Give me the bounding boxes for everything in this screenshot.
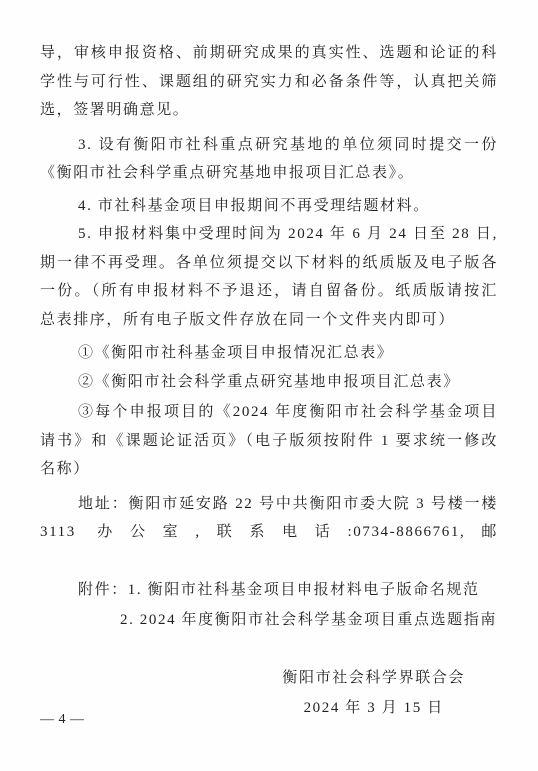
document-body: 导，审核申报资格、前期研究成果的真实性、选题和论证的科 学性与可行性、课题组的研… [40, 39, 498, 723]
body-line: ③每个申报项目的《2024 年度衡阳市社会科学基金项目申 [40, 398, 498, 427]
body-line: 4. 市社科基金项目申报期间不再受理结题材料。 [40, 192, 498, 221]
body-line: 导，审核申报资格、前期研究成果的真实性、选题和论证的科 [40, 39, 498, 68]
body-line: 地址：衡阳市延安路 22 号中共衡阳市委大院 3 号楼一楼 [40, 490, 498, 519]
signature-block: 衡阳市社会科学界联合会 2024 年 3 月 15 日 [40, 664, 498, 723]
body-line: 《衡阳市社会科学重点研究基地申报项目汇总表》。 [40, 159, 498, 188]
body-line: 总表排序，所有电子版文件存放在同一个文件夹内即可） [40, 306, 498, 335]
body-line: ①《衡阳市社科基金项目申报情况汇总表》 [40, 339, 498, 368]
body-line: 请书》和《课题论证活页》（电子版须按附件 1 要求统一修改 [40, 427, 498, 456]
body-line: 一份。（所有申报材料不予退还，请自留备份。纸质版请按汇 [40, 277, 498, 306]
page-number: — 4 — [40, 710, 85, 730]
body-line: ②《衡阳市社会科学重点研究基地申报项目汇总表》 [40, 368, 498, 397]
body-line: 期一律不再受理。各单位须提交以下材料的纸质版及电子版各 [40, 249, 498, 278]
attachments-line-2: 2. 2024 年度衡阳市社会科学基金项目重点选题指南 [40, 606, 498, 635]
body-line: 选，签署明确意见。 [40, 96, 498, 125]
body-line: 5. 申报材料集中受理时间为 2024 年 6 月 24 日至 28 日,逾 [40, 220, 498, 249]
attachments-line-1: 附件：1. 衡阳市社科基金项目申报材料电子版命名规范 [40, 576, 498, 605]
body-line: 学性与可行性、课题组的研究实力和必备条件等，认真把关筛 [40, 68, 498, 97]
body-line: 名称） [40, 455, 498, 484]
signature-date: 2024 年 3 月 15 日 [282, 694, 465, 723]
body-line: 3. 设有衡阳市社科重点研究基地的单位须同时提交一份 [40, 131, 498, 160]
document-page: 导，审核申报资格、前期研究成果的真实性、选题和论证的科 学性与可行性、课题组的研… [0, 0, 538, 771]
body-line: 3113 办公室,联系电话:0734-8866761,邮箱:hyskky@163… [40, 518, 498, 547]
signature-name: 衡阳市社会科学界联合会 [282, 664, 465, 693]
